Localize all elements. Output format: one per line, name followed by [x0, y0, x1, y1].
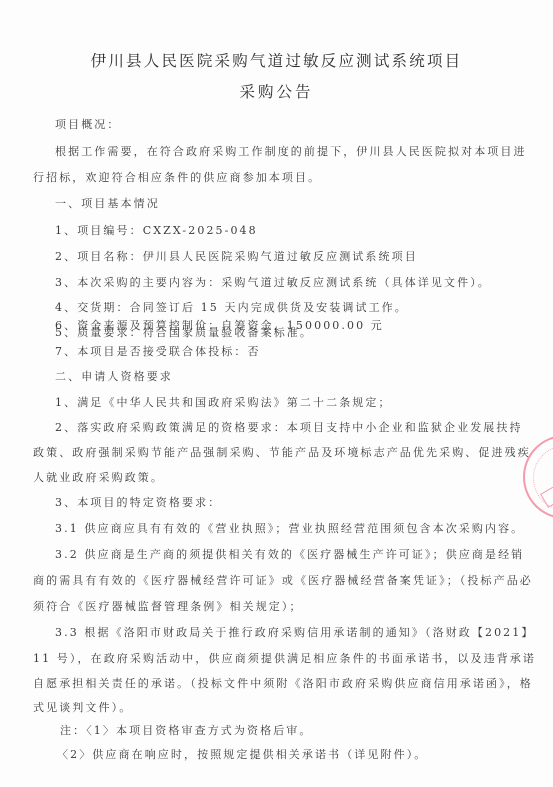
document-page: 伊川县人民医院采购气道过敏反应测试系统项目 采购公告 项目概况： 根据工作需要，…	[0, 0, 553, 787]
requirement-item: 人就业政府采购政策。	[33, 471, 164, 485]
intro-line: 行招标，欢迎符合相应条件的供应商参加本项目。	[33, 171, 321, 185]
requirement-item: 11 号），在政府采购活动中，供应商须提供满足相应条件的书面承诺书，以及违背承诺	[33, 652, 536, 666]
requirement-item: 3.1 供应商应具有有效的《营业执照》；营业执照经营范围须包含本次采购内容。	[55, 522, 524, 536]
note-item: 〈2〉供应商在响应时，按照规定提供相关承诺书（详见附件）。	[57, 748, 427, 762]
document-title: 伊川县人民医院采购气道过敏反应测试系统项目	[0, 49, 553, 71]
section-heading: 二、申请人资格要求	[55, 370, 173, 384]
intro-line: 根据工作需要，在符合政府采购工作制度的前提下，伊川县人民医院拟对本项目进	[55, 145, 527, 159]
requirement-item: 2、落实政府采购政策满足的资格要求：本项目支持中小企业和监狱企业发展扶持	[55, 421, 523, 435]
note-item: 注：〈1〉本项目资格审查方式为资格后审。	[60, 724, 313, 738]
consortium-bidding: 7、本项目是否接受联合体投标：否	[55, 345, 261, 359]
requirement-item: 1、满足《中华人民共和国政府采购法》第二十二条规定；	[55, 396, 392, 410]
section-heading: 一、项目基本情况	[55, 197, 160, 211]
delivery-period: 4、交货期：合同签订后 15 天内完成供货及安装调试工作。	[55, 301, 408, 315]
requirement-item: 式见谈判文件）。	[33, 701, 132, 715]
requirement-item: 3、本项目的特定资格要求：	[55, 496, 221, 510]
requirement-item: 3.2 供应商是生产商的须提供相关有效的《医疗器械生产许可证》；供应商是经销	[55, 548, 524, 562]
budget: 6、资金来源及预算控制价：自筹资金，150000.00 元	[55, 319, 384, 333]
overview-label: 项目概况：	[55, 118, 121, 132]
project-name: 2、项目名称：伊川县人民医院采购气道过敏反应测试系统项目	[55, 250, 418, 264]
procurement-content: 3、本次采购的主要内容为：采购气道过敏反应测试系统（具体详见文件）。	[55, 276, 491, 290]
document-subtitle: 采购公告	[0, 80, 553, 102]
requirement-item: 政策、政府强制采购节能产品强制采购、节能产品及环境标志产品优先采购、促进残疾	[33, 446, 531, 460]
project-number: 1、项目编号：CXZX-2025-048	[55, 224, 258, 238]
requirement-item: 商的需具有有效的《医疗器械经营许可证》或《医疗器械经营备案凭证》；（投标产品必	[33, 574, 533, 588]
requirement-item: 自愿承担相关责任的承诺。（投标文件中须附《洛阳市政府采购供应商信用承诺函》，格	[33, 677, 533, 691]
requirement-item: 须符合《医疗器械监督管理条例》相关规定）；	[33, 600, 303, 614]
requirement-item: 3.3 根据《洛阳市财政局关于推行政府采购信用承诺制的通知》（洛财政【2021】	[55, 626, 534, 640]
